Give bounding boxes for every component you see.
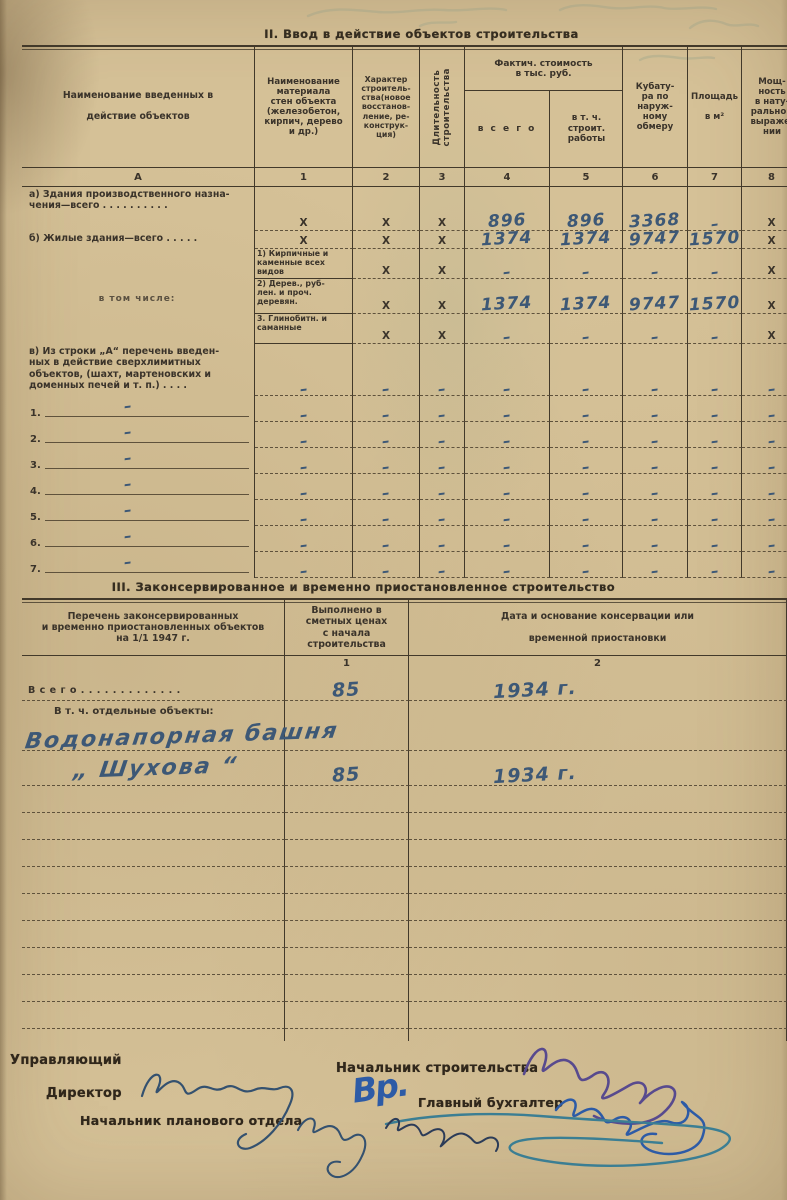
handwritten-dash: – bbox=[767, 435, 776, 446]
handwritten-object-name: „ Шухова “ bbox=[72, 753, 240, 784]
header-cost-group: Фактич. стоимость в тыс. руб. в с е г о … bbox=[465, 47, 623, 167]
handwritten-dash: – bbox=[438, 539, 447, 550]
table-cell: – bbox=[742, 526, 787, 552]
handwritten-dash: – bbox=[767, 539, 776, 550]
x-mark: X bbox=[767, 331, 775, 342]
index-cell: 2 bbox=[409, 656, 787, 670]
sub-objects-label: В т. ч. отдельные объекты: bbox=[54, 706, 214, 717]
handwritten-dash: – bbox=[123, 530, 132, 541]
handwritten-dash: – bbox=[710, 331, 719, 342]
table-cell bbox=[409, 701, 787, 751]
handwritten-dash: – bbox=[438, 409, 447, 420]
table-cell: – bbox=[255, 448, 353, 474]
table-row: 2.––––––––– bbox=[22, 422, 787, 448]
table-cell: – bbox=[688, 448, 742, 474]
handwritten-dash: – bbox=[503, 266, 512, 277]
row-number: 2. bbox=[30, 435, 41, 445]
header-total: в с е г о bbox=[465, 91, 550, 167]
handwritten-dash: – bbox=[710, 218, 719, 229]
header-area: Площадь в м² bbox=[688, 47, 742, 167]
rule-line bbox=[45, 494, 249, 495]
table-cell: – bbox=[353, 500, 420, 526]
table-cell: – bbox=[420, 396, 465, 422]
rule-line bbox=[45, 468, 249, 469]
table-cell bbox=[22, 840, 285, 867]
table-cell bbox=[22, 1002, 285, 1029]
header-construction-works: в т. ч. строит. работы bbox=[550, 91, 623, 167]
table-cell: – bbox=[465, 552, 550, 578]
section2-rows: а) Здания производственного назна- чения… bbox=[22, 187, 787, 578]
table-cell: X bbox=[742, 231, 787, 249]
table-cell: X bbox=[255, 187, 353, 231]
table-cell: X bbox=[353, 231, 420, 249]
empty-table-row bbox=[22, 975, 787, 1002]
handwritten-dash: – bbox=[582, 539, 591, 550]
table-row: В т. ч. отдельные объекты:Водонапорная б… bbox=[22, 701, 787, 751]
empty-table-row bbox=[22, 1002, 787, 1029]
handwritten-dash: – bbox=[299, 383, 308, 394]
row-number: 3. bbox=[30, 461, 41, 471]
row-label: В с е г о . . . . . . . . . . . . . bbox=[28, 685, 181, 696]
header-objects: Наименование введенных в действие объект… bbox=[22, 47, 255, 167]
handwritten-dash: – bbox=[767, 461, 776, 472]
signature-director bbox=[142, 1075, 292, 1149]
table-cell: – bbox=[255, 396, 353, 422]
handwritten-dash: – bbox=[382, 565, 391, 576]
table-cell: – bbox=[420, 500, 465, 526]
handwritten-dash: – bbox=[123, 478, 132, 489]
x-mark: X bbox=[382, 218, 390, 229]
table-cell: – bbox=[742, 448, 787, 474]
table-cell: – bbox=[353, 526, 420, 552]
header-duration-vertical: Длительность строительства bbox=[432, 68, 452, 147]
table-cell: – bbox=[420, 474, 465, 500]
table-cell: 1934 г. bbox=[409, 670, 787, 701]
table-cell: 85 bbox=[285, 751, 409, 786]
table-cell: 1) Кирпичные и каменные всех видов bbox=[255, 249, 353, 279]
table-cell: – bbox=[465, 526, 550, 552]
table-cell: – bbox=[550, 396, 623, 422]
table-cell: – bbox=[623, 344, 688, 396]
handwritten-dash: – bbox=[123, 400, 132, 411]
handwritten-value: 1374 bbox=[481, 295, 533, 314]
table-cell: – bbox=[623, 474, 688, 500]
table-cell bbox=[409, 840, 787, 867]
index-cell: 5 bbox=[550, 168, 623, 186]
table-row: 1.––––––––– bbox=[22, 396, 787, 422]
handwritten-dash: – bbox=[503, 487, 512, 498]
handwritten-dash: – bbox=[582, 331, 591, 342]
handwritten-dash: – bbox=[438, 565, 447, 576]
handwritten-value: 1374 bbox=[481, 230, 533, 249]
table-cell: – bbox=[688, 500, 742, 526]
handwritten-value: 1374 bbox=[560, 230, 612, 249]
handwritten-dash: – bbox=[651, 435, 660, 446]
empty-table-row bbox=[22, 867, 787, 894]
table-cell bbox=[285, 894, 409, 921]
x-mark: X bbox=[438, 301, 446, 312]
section2-header-row: Наименование введенных в действие объект… bbox=[22, 45, 787, 167]
table-cell: 9747 bbox=[623, 231, 688, 249]
table-cell bbox=[285, 921, 409, 948]
handwritten-value: 1934 г. bbox=[493, 764, 577, 786]
empty-table-row bbox=[22, 813, 787, 840]
handwritten-dash: – bbox=[710, 409, 719, 420]
section2-index-row: А12345678 bbox=[22, 167, 787, 187]
handwritten-dash: – bbox=[382, 539, 391, 550]
handwritten-dash: – bbox=[710, 539, 719, 550]
handwritten-dash: – bbox=[438, 435, 447, 446]
table-cell: X bbox=[420, 314, 465, 344]
empty-table-row bbox=[22, 894, 787, 921]
handwritten-dash: – bbox=[438, 487, 447, 498]
table-cell: – bbox=[688, 249, 742, 279]
x-mark: X bbox=[767, 218, 775, 229]
row-label-cell: В т. ч. отдельные объекты:Водонапорная б… bbox=[22, 701, 285, 751]
handwritten-dash: – bbox=[710, 461, 719, 472]
table-row: „ Шухова “851934 г. bbox=[22, 751, 787, 786]
handwritten-dash: – bbox=[503, 383, 512, 394]
table-cell: – bbox=[550, 314, 623, 344]
table-cell: X bbox=[353, 249, 420, 279]
handwritten-dash: – bbox=[503, 461, 512, 472]
table-row: в) Из строки „А“ перечень введен- ных в … bbox=[22, 344, 787, 396]
table-cell bbox=[409, 894, 787, 921]
header-completed-cost: Выполнено в сметных ценах с начала строи… bbox=[285, 600, 409, 655]
material-label: 3. Глинобитн. и саманные bbox=[255, 314, 352, 334]
handwritten-dash: – bbox=[651, 461, 660, 472]
table-cell: 1570 bbox=[688, 279, 742, 314]
handwritten-value: 85 bbox=[332, 680, 361, 700]
x-mark: X bbox=[438, 236, 446, 247]
table-cell: – bbox=[742, 552, 787, 578]
table-cell: X bbox=[742, 187, 787, 231]
row-number: 1. bbox=[30, 409, 41, 419]
x-mark: X bbox=[438, 266, 446, 277]
handwritten-dash: – bbox=[299, 539, 308, 550]
table-cell: – bbox=[688, 187, 742, 231]
handwritten-dash: – bbox=[299, 487, 308, 498]
table-cell: – bbox=[465, 314, 550, 344]
rule-line bbox=[45, 416, 249, 417]
rule-line bbox=[45, 520, 249, 521]
table-cell: X bbox=[353, 187, 420, 231]
table-row: б) Жилые здания—всего . . . . .XXX137413… bbox=[22, 231, 787, 249]
table-cell: – bbox=[623, 552, 688, 578]
handwritten-dash: – bbox=[299, 435, 308, 446]
table-cell bbox=[409, 867, 787, 894]
table-cell: – bbox=[550, 422, 623, 448]
table-cell bbox=[285, 813, 409, 840]
x-mark: X bbox=[382, 266, 390, 277]
handwritten-dash: – bbox=[582, 487, 591, 498]
row-label: а) Здания производственного назна- чения… bbox=[29, 189, 252, 212]
handwritten-dash: – bbox=[710, 565, 719, 576]
table-cell: – bbox=[255, 552, 353, 578]
handwritten-value: 1374 bbox=[560, 295, 612, 314]
table-cell: X bbox=[420, 187, 465, 231]
handwritten-value: 1570 bbox=[688, 230, 740, 249]
section3-index-row: 12 bbox=[22, 656, 787, 670]
table-cell: – bbox=[623, 500, 688, 526]
handwritten-dash: – bbox=[651, 383, 660, 394]
x-mark: X bbox=[382, 331, 390, 342]
header-character: Характер строитель- ства(новое восстанов… bbox=[353, 47, 420, 167]
x-mark: X bbox=[438, 218, 446, 229]
table-cell: – bbox=[742, 500, 787, 526]
table-row: 3. Глинобитн. и саманныеXX––––X bbox=[22, 314, 787, 344]
table-cell: – bbox=[623, 314, 688, 344]
header-capacity: Мощ- ность в нату- ральном выраже- нии bbox=[742, 47, 787, 167]
index-cell: 1 bbox=[255, 168, 353, 186]
table-cell: – bbox=[353, 422, 420, 448]
table-cell: 9747 bbox=[623, 279, 688, 314]
table-cell: – bbox=[550, 526, 623, 552]
table-cell: – bbox=[353, 448, 420, 474]
table-cell bbox=[285, 840, 409, 867]
table-cell: – bbox=[420, 526, 465, 552]
table-cell: 2) Дерев., руб- лен. и проч. деревян. bbox=[255, 279, 353, 314]
x-mark: X bbox=[382, 301, 390, 312]
table-cell: – bbox=[353, 474, 420, 500]
table-cell bbox=[22, 975, 285, 1002]
handwritten-dash: – bbox=[382, 383, 391, 394]
table-cell bbox=[22, 813, 285, 840]
table-cell bbox=[409, 1002, 787, 1029]
header-cost-title: Фактич. стоимость в тыс. руб. bbox=[465, 47, 622, 91]
table-cell: – bbox=[420, 344, 465, 396]
table-cell: 1374 bbox=[550, 279, 623, 314]
row-label: в) Из строки „А“ перечень введен- ных в … bbox=[29, 346, 252, 392]
table-cell: 1374 bbox=[550, 231, 623, 249]
table-cell bbox=[22, 894, 285, 921]
row-label-cell: 5.– bbox=[22, 500, 255, 526]
handwritten-dash: – bbox=[503, 513, 512, 524]
table-cell bbox=[409, 813, 787, 840]
table-cell: – bbox=[255, 422, 353, 448]
row-label: б) Жилые здания—всего . . . . . bbox=[29, 233, 252, 244]
table-cell: – bbox=[742, 344, 787, 396]
handwritten-dash: – bbox=[582, 383, 591, 394]
table-cell: – bbox=[550, 500, 623, 526]
table-cell: X bbox=[742, 314, 787, 344]
table-cell bbox=[22, 921, 285, 948]
handwritten-dash: – bbox=[710, 383, 719, 394]
index-cell: 7 bbox=[688, 168, 742, 186]
row-number: 6. bbox=[30, 539, 41, 549]
signature-chief-accountant bbox=[556, 1100, 704, 1154]
table-cell: – bbox=[623, 448, 688, 474]
signature-planning-chief bbox=[298, 1119, 365, 1178]
section2-title: II. Ввод в действие объектов строительст… bbox=[0, 27, 787, 41]
handwritten-dash: – bbox=[299, 513, 308, 524]
row-number: 4. bbox=[30, 487, 41, 497]
handwritten-dash: – bbox=[438, 513, 447, 524]
section3-table: Перечень законсервированных и временно п… bbox=[22, 598, 787, 1041]
table-cell: 3368 bbox=[623, 187, 688, 231]
handwritten-dash: – bbox=[382, 409, 391, 420]
table-row: 6.––––––––– bbox=[22, 526, 787, 552]
table-cell bbox=[285, 786, 409, 813]
table-cell: X bbox=[255, 231, 353, 249]
handwritten-dash: – bbox=[503, 435, 512, 446]
index-cell: 8 bbox=[742, 168, 787, 186]
row-label-cell: 4.– bbox=[22, 474, 255, 500]
handwritten-dash: – bbox=[299, 461, 308, 472]
handwritten-dash: – bbox=[651, 487, 660, 498]
handwritten-dash: – bbox=[123, 556, 132, 567]
table-cell: – bbox=[465, 344, 550, 396]
table-cell: – bbox=[550, 552, 623, 578]
table-cell bbox=[22, 867, 285, 894]
table-cell: – bbox=[255, 474, 353, 500]
handwritten-dash: – bbox=[651, 565, 660, 576]
table-cell: – bbox=[255, 526, 353, 552]
x-mark: X bbox=[382, 236, 390, 247]
table-cell: X bbox=[420, 279, 465, 314]
handwritten-dash: – bbox=[651, 331, 660, 342]
handwritten-dash: – bbox=[382, 435, 391, 446]
table-cell: 896 bbox=[465, 187, 550, 231]
rule-line bbox=[45, 546, 249, 547]
table-cell: 3. Глинобитн. и саманные bbox=[255, 314, 353, 344]
handwritten-dash: – bbox=[767, 383, 776, 394]
table-cell: – bbox=[420, 422, 465, 448]
table-row: 1) Кирпичные и каменные всех видовXX––––… bbox=[22, 249, 787, 279]
table-cell bbox=[22, 948, 285, 975]
index-cell: 1 bbox=[285, 656, 409, 670]
handwritten-dash: – bbox=[299, 409, 308, 420]
material-label: 2) Дерев., руб- лен. и проч. деревян. bbox=[255, 279, 352, 308]
table-cell: 85 bbox=[285, 670, 409, 701]
table-cell: – bbox=[353, 396, 420, 422]
rule-line bbox=[45, 572, 249, 573]
table-row: 3.––––––––– bbox=[22, 448, 787, 474]
index-cell: 3 bbox=[420, 168, 465, 186]
table-cell: – bbox=[742, 422, 787, 448]
x-mark: X bbox=[767, 301, 775, 312]
material-label: 1) Кирпичные и каменные всех видов bbox=[255, 249, 352, 278]
table-cell: – bbox=[742, 396, 787, 422]
handwritten-value: 9747 bbox=[629, 230, 681, 249]
handwritten-dash: – bbox=[651, 539, 660, 550]
handwritten-value: 9747 bbox=[629, 295, 681, 314]
table-cell: – bbox=[688, 344, 742, 396]
table-cell: – bbox=[688, 314, 742, 344]
handwritten-value: 1570 bbox=[688, 295, 740, 314]
table-cell bbox=[409, 786, 787, 813]
table-cell: 1374 bbox=[465, 279, 550, 314]
table-cell bbox=[285, 948, 409, 975]
handwritten-dash: – bbox=[123, 504, 132, 515]
handwritten-dash: – bbox=[582, 266, 591, 277]
table-cell: 1374 bbox=[465, 231, 550, 249]
table-cell: – bbox=[688, 474, 742, 500]
table-cell: – bbox=[465, 448, 550, 474]
table-cell bbox=[22, 786, 285, 813]
scanned-form-page: II. Ввод в действие объектов строительст… bbox=[0, 0, 787, 1200]
table-cell: – bbox=[688, 552, 742, 578]
table-cell: – bbox=[550, 344, 623, 396]
handwritten-dash: – bbox=[382, 487, 391, 498]
table-cell: – bbox=[623, 249, 688, 279]
row-label-cell: В с е г о . . . . . . . . . . . . . bbox=[22, 670, 285, 701]
row-label-cell: 1.– bbox=[22, 396, 255, 422]
handwritten-dash: – bbox=[767, 487, 776, 498]
empty-table-row bbox=[22, 786, 787, 813]
table-cell: – bbox=[465, 474, 550, 500]
handwritten-dash: – bbox=[382, 513, 391, 524]
row-label-cell: 3.– bbox=[22, 448, 255, 474]
table-cell bbox=[285, 975, 409, 1002]
handwritten-dash: – bbox=[582, 409, 591, 420]
table-cell: X bbox=[742, 249, 787, 279]
table-cell: – bbox=[255, 344, 353, 396]
table-cell: 896 bbox=[550, 187, 623, 231]
handwritten-dash: – bbox=[582, 461, 591, 472]
table-cell: X bbox=[420, 249, 465, 279]
signature-script-glavbuh bbox=[386, 1119, 498, 1151]
table-cell: – bbox=[742, 474, 787, 500]
row-label-cell bbox=[22, 314, 255, 344]
section2-table: Наименование введенных в действие объект… bbox=[22, 45, 787, 578]
row-number: 5. bbox=[30, 513, 41, 523]
table-row: 7.––––––––– bbox=[22, 552, 787, 578]
table-cell: X bbox=[420, 231, 465, 249]
row-label-cell: 6.– bbox=[22, 526, 255, 552]
handwritten-dash: – bbox=[651, 266, 660, 277]
handwritten-dash: – bbox=[582, 435, 591, 446]
row-label-cell: в) Из строки „А“ перечень введен- ных в … bbox=[22, 344, 255, 396]
index-cell: А bbox=[22, 168, 255, 186]
table-row: а) Здания производственного назна- чения… bbox=[22, 187, 787, 231]
row-label-cell: 2.– bbox=[22, 422, 255, 448]
section3-rows: В с е г о . . . . . . . . . . . . .85193… bbox=[22, 670, 787, 1041]
rule-line bbox=[45, 442, 249, 443]
index-cell bbox=[22, 656, 285, 670]
handwritten-dash: – bbox=[503, 539, 512, 550]
table-cell bbox=[409, 921, 787, 948]
header-date-reason: Дата и основание консервации или временн… bbox=[409, 600, 787, 655]
table-cell: 1570 bbox=[688, 231, 742, 249]
table-cell: X bbox=[353, 279, 420, 314]
handwritten-value: 1934 г. bbox=[493, 679, 577, 701]
index-cell: 2 bbox=[353, 168, 420, 186]
handwritten-dash: – bbox=[651, 409, 660, 420]
table-cell: – bbox=[550, 249, 623, 279]
table-row: 5.––––––––– bbox=[22, 500, 787, 526]
table-cell: – bbox=[255, 500, 353, 526]
table-cell: – bbox=[465, 396, 550, 422]
x-mark: X bbox=[299, 218, 307, 229]
table-cell: – bbox=[353, 344, 420, 396]
x-mark: X bbox=[767, 236, 775, 247]
table-cell: X bbox=[742, 279, 787, 314]
handwritten-dash: – bbox=[710, 513, 719, 524]
handwritten-value: 85 bbox=[332, 765, 361, 785]
handwritten-dash: – bbox=[582, 513, 591, 524]
table-row: В с е г о . . . . . . . . . . . . .85193… bbox=[22, 670, 787, 701]
table-cell: – bbox=[550, 474, 623, 500]
row-label-cell: б) Жилые здания—всего . . . . . bbox=[22, 231, 255, 249]
handwritten-dash: – bbox=[123, 426, 132, 437]
section3-header-row: Перечень законсервированных и временно п… bbox=[22, 598, 787, 656]
index-cell: 6 bbox=[623, 168, 688, 186]
subgroup-label: в том числе: bbox=[62, 294, 212, 304]
row-label-cell: 7.– bbox=[22, 552, 255, 578]
table-cell: – bbox=[465, 500, 550, 526]
row-label-cell bbox=[22, 249, 255, 279]
